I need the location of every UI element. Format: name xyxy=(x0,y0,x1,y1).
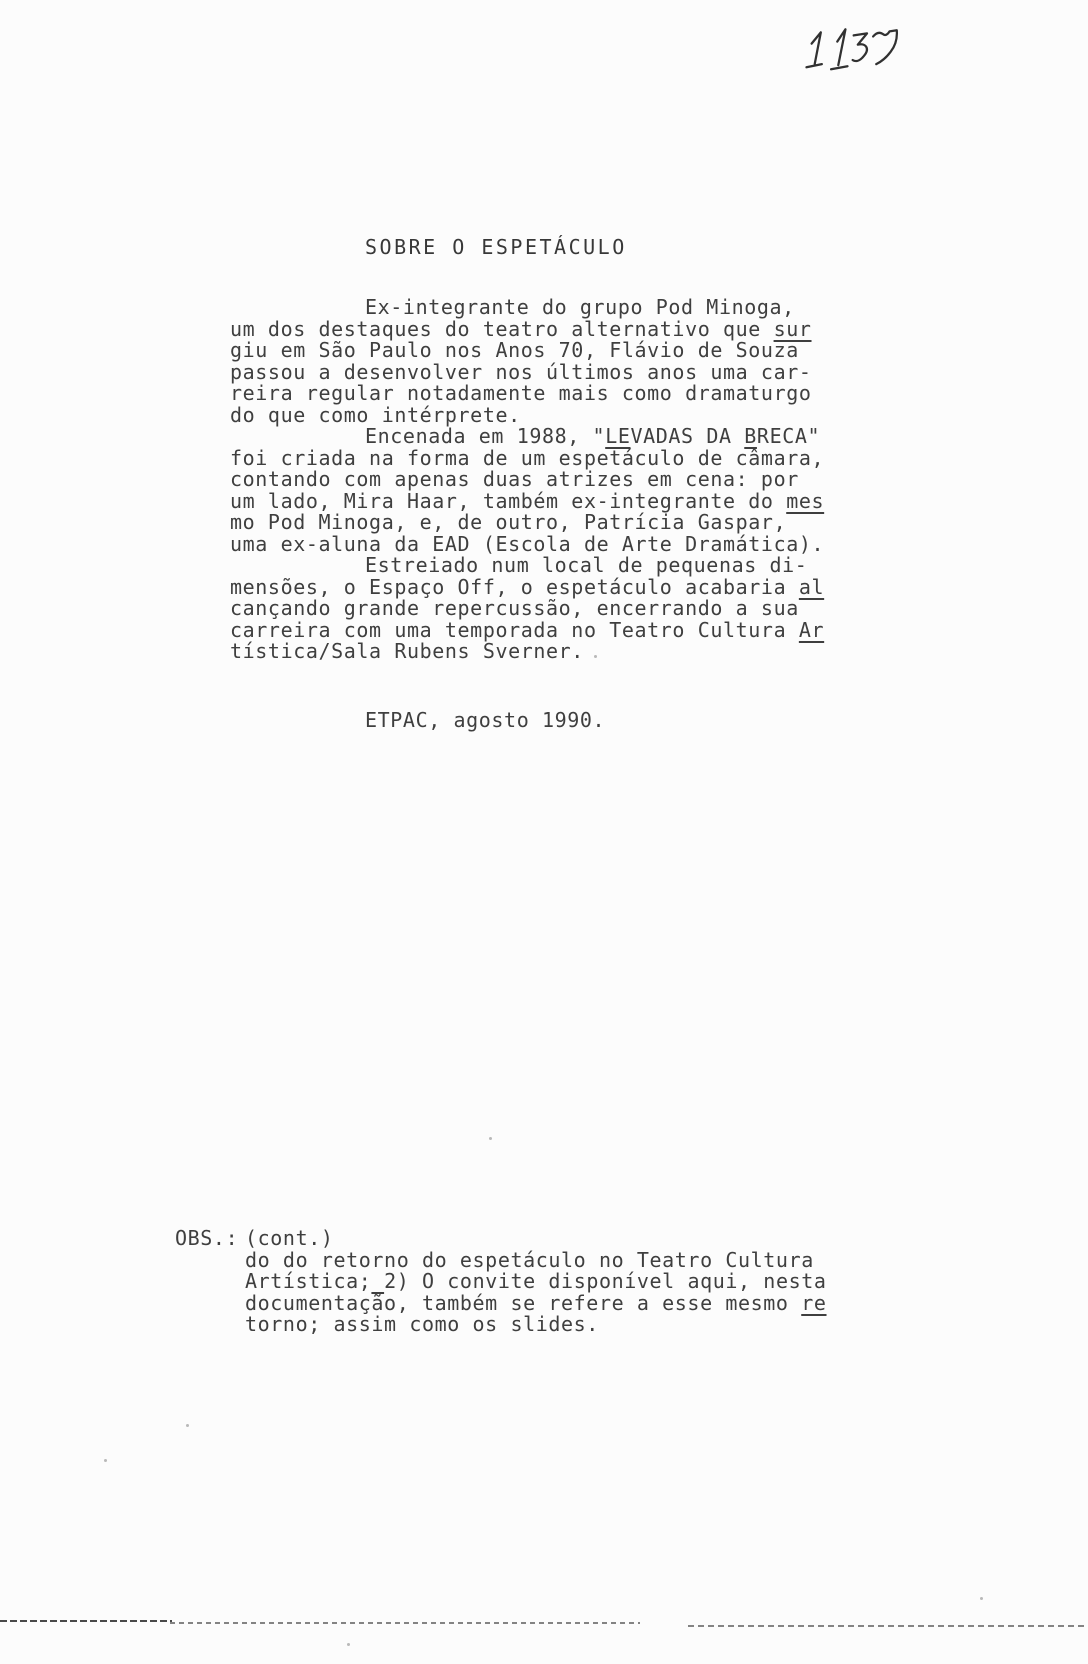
text-line: foi criada na forma de um espetáculo de … xyxy=(230,448,870,470)
text-line: Ex-integrante do grupo Pod Minoga, xyxy=(230,297,870,319)
text-line: cançando grande repercussão, encerrando … xyxy=(230,598,870,620)
text-line: reira regular notadamente mais como dram… xyxy=(230,383,870,405)
body-text: Ex-integrante do grupo Pod Minoga,um dos… xyxy=(230,297,870,663)
text-line: um dos destaques do teatro alternativo q… xyxy=(230,319,870,341)
text-segment: mo Pod Minoga, e, de outro, Patrícia Gas… xyxy=(230,510,786,534)
text-line: contando com apenas duas atrizes em cena… xyxy=(230,469,870,491)
text-line: Artística; 2) O convite disponível aqui,… xyxy=(245,1271,925,1293)
scan-speck xyxy=(347,1643,350,1646)
text-line: do que como intérprete. xyxy=(230,405,870,427)
text-segment: Estreiado num local de pequenas di- xyxy=(365,553,807,577)
text-segment: RECA" xyxy=(757,424,820,448)
underlined-text-segment: sur xyxy=(774,317,812,341)
text-segment: do do retorno do espetáculo no Teatro Cu… xyxy=(245,1248,814,1272)
document-title: SOBRE O ESPETÁCULO xyxy=(365,237,627,259)
text-line: tística/Sala Rubens Sverner. xyxy=(230,641,870,663)
text-line: do do retorno do espetáculo no Teatro Cu… xyxy=(245,1250,925,1272)
text-line: Encenada em 1988, "LEVADAS DA BRECA" xyxy=(230,426,870,448)
text-segment: documentação, também se refere a esse me… xyxy=(245,1291,801,1315)
text-segment: torno; assim como os slides. xyxy=(245,1312,599,1336)
text-segment: Ex-integrante do grupo Pod Minoga, xyxy=(365,295,795,319)
text-segment: cançando grande repercussão, encerrando … xyxy=(230,596,799,620)
handwritten-page-number xyxy=(788,22,906,94)
text-line: passou a desenvolver nos últimos anos um… xyxy=(230,362,870,384)
text-line: torno; assim como os slides. xyxy=(245,1314,925,1336)
underlined-text-segment: Ar xyxy=(799,618,824,642)
scan-artifact-line xyxy=(688,1625,1084,1627)
scan-speck xyxy=(186,1424,189,1427)
underlined-text-segment xyxy=(371,1269,384,1293)
text-segment: passou a desenvolver nos últimos anos um… xyxy=(230,360,812,384)
text-segment: foi criada na forma de um espetáculo de … xyxy=(230,446,824,470)
text-line: carreira com uma temporada no Teatro Cul… xyxy=(230,620,870,642)
text-line: giu em São Paulo nos Anos 70, Flávio de … xyxy=(230,340,870,362)
obs-label: OBS.: xyxy=(175,1228,245,1250)
text-segment: reira regular notadamente mais como dram… xyxy=(230,381,812,405)
text-segment: uma ex-aluna da EAD (Escola de Arte Dram… xyxy=(230,532,824,556)
obs-note: OBS.:(cont.)do do retorno do espetáculo … xyxy=(175,1228,925,1336)
scan-speck xyxy=(489,1137,492,1140)
document-page: SOBRE O ESPETÁCULO Ex-integrante do grup… xyxy=(0,0,1088,1664)
scan-speck xyxy=(594,655,597,658)
text-segment: um dos destaques do teatro alternativo q… xyxy=(230,317,774,341)
scan-speck xyxy=(104,1459,107,1462)
text-segment: VADAS DA xyxy=(630,424,744,448)
scan-artifact-line xyxy=(0,1620,172,1622)
underlined-text-segment: LE xyxy=(605,424,630,448)
text-line: documentação, também se refere a esse me… xyxy=(245,1293,925,1315)
scan-artifact-line xyxy=(170,1622,640,1624)
text-segment: do que como intérprete. xyxy=(230,403,521,427)
text-line: mo Pod Minoga, e, de outro, Patrícia Gas… xyxy=(230,512,870,534)
text-segment: Encenada em 1988, " xyxy=(365,424,605,448)
underlined-text-segment: mes xyxy=(786,489,824,513)
handwritten-digits-icon xyxy=(788,22,906,94)
text-line: uma ex-aluna da EAD (Escola de Arte Dram… xyxy=(230,534,870,556)
text-line: um lado, Mira Haar, também ex-integrante… xyxy=(230,491,870,513)
underlined-text-segment: B xyxy=(744,424,757,448)
text-segment: um lado, Mira Haar, também ex-integrante… xyxy=(230,489,786,513)
text-segment: contando com apenas duas atrizes em cena… xyxy=(230,467,799,491)
text-segment: mensões, o Espaço Off, o espetáculo acab… xyxy=(230,575,799,599)
text-segment: (cont.) xyxy=(245,1226,334,1250)
scan-speck xyxy=(980,1597,983,1600)
text-segment: 2) O convite disponível aqui, nesta xyxy=(384,1269,826,1293)
text-segment: tística/Sala Rubens Sverner. xyxy=(230,639,584,663)
underlined-text-segment: re xyxy=(801,1291,826,1315)
dateline: ETPAC, agosto 1990. xyxy=(365,710,605,732)
text-line: OBS.:(cont.) xyxy=(245,1228,925,1250)
text-line: Estreiado num local de pequenas di- xyxy=(230,555,870,577)
underlined-text-segment: al xyxy=(799,575,824,599)
text-segment: giu em São Paulo nos Anos 70, Flávio de … xyxy=(230,338,799,362)
text-segment: Artística; xyxy=(245,1269,371,1293)
text-line: mensões, o Espaço Off, o espetáculo acab… xyxy=(230,577,870,599)
text-segment: carreira com uma temporada no Teatro Cul… xyxy=(230,618,799,642)
